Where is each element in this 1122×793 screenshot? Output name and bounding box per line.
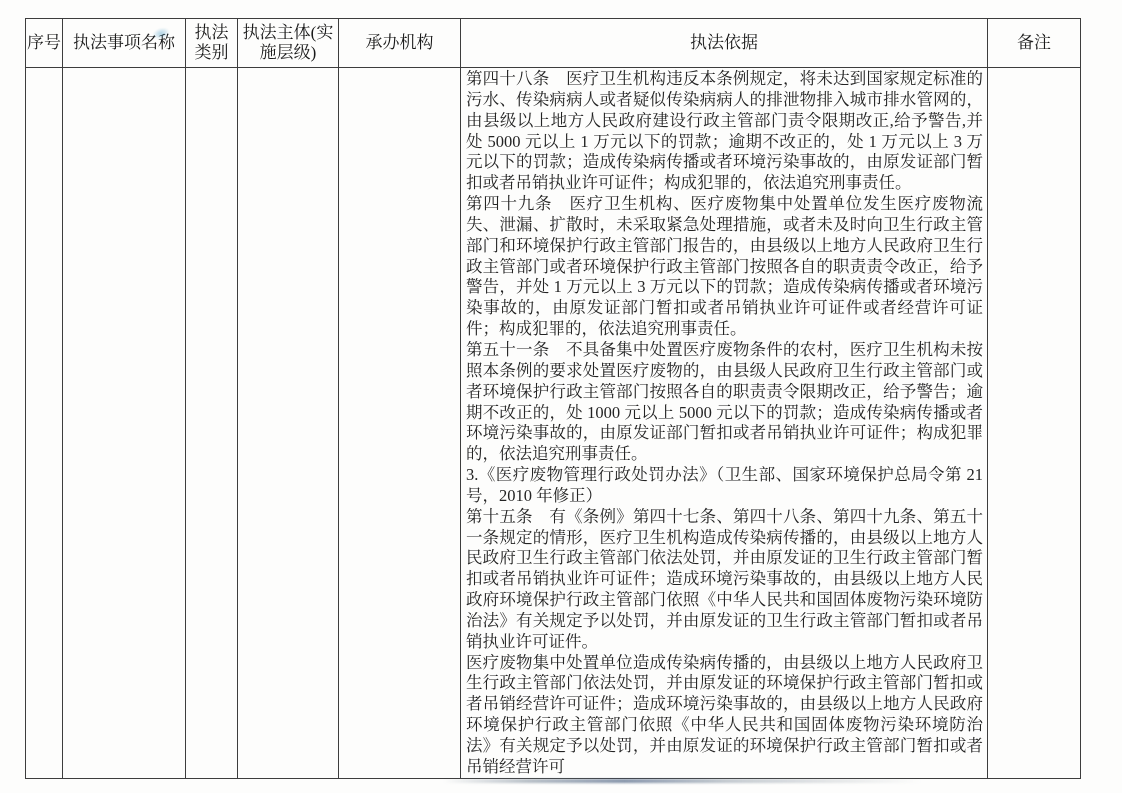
cell-enforcement-subject (238, 68, 339, 779)
cell-enforcement-item-name (63, 68, 186, 779)
cell-serial-number (26, 68, 63, 779)
cell-undertaking-agency (339, 68, 461, 779)
enforcement-matters-table: 序号 执法事项名称 执法类别 执法主体(实施层级) 承办机构 执法依据 备注 第… (25, 18, 1081, 779)
col-header-serial-number: 序号 (26, 19, 63, 68)
col-header-enforcement-subject: 执法主体(实施层级) (238, 19, 339, 68)
cell-enforcement-basis: 第四十八条 医疗卫生机构违反本条例规定，将未达到国家规定标准的污水、传染病病人或… (461, 68, 988, 779)
scanned-document-page: 序号 执法事项名称 执法类别 执法主体(实施层级) 承办机构 执法依据 备注 第… (0, 0, 1122, 793)
cell-remarks (988, 68, 1081, 779)
col-header-undertaking-agency: 承办机构 (339, 19, 461, 68)
scan-artifact-bottom-line (443, 779, 921, 783)
table-body-row: 第四十八条 医疗卫生机构违反本条例规定，将未达到国家规定标准的污水、传染病病人或… (26, 68, 1081, 779)
legal-basis-paragraph: 第五十一条 不具备集中处置医疗废物条件的农村，医疗卫生机构未按照本条例的要求处置… (466, 340, 983, 465)
legal-basis-paragraph: 第四十九条 医疗卫生机构、医疗废物集中处置单位发生医疗废物流失、泄漏、扩散时，未… (466, 194, 983, 340)
col-header-enforcement-basis: 执法依据 (461, 19, 988, 68)
legal-basis-paragraph: 3.《医疗废物管理行政处罚办法》（卫生部、国家环境保护总局令第 21 号，201… (466, 465, 983, 507)
legal-basis-paragraph: 医疗废物集中处置单位造成传染病传播的，由县级以上地方人民政府卫生行政主管部门依法… (466, 653, 983, 778)
legal-basis-paragraph: 第四十八条 医疗卫生机构违反本条例规定，将未达到国家规定标准的污水、传染病病人或… (466, 69, 983, 194)
col-header-enforcement-category: 执法类别 (186, 19, 238, 68)
table-header-row: 序号 执法事项名称 执法类别 执法主体(实施层级) 承办机构 执法依据 备注 (26, 19, 1081, 68)
col-header-remarks: 备注 (988, 19, 1081, 68)
legal-basis-paragraph: 第十五条 有《条例》第四十七条、第四十八条、第四十九条、第五十一条规定的情形，医… (466, 507, 983, 653)
cell-enforcement-category (186, 68, 238, 779)
